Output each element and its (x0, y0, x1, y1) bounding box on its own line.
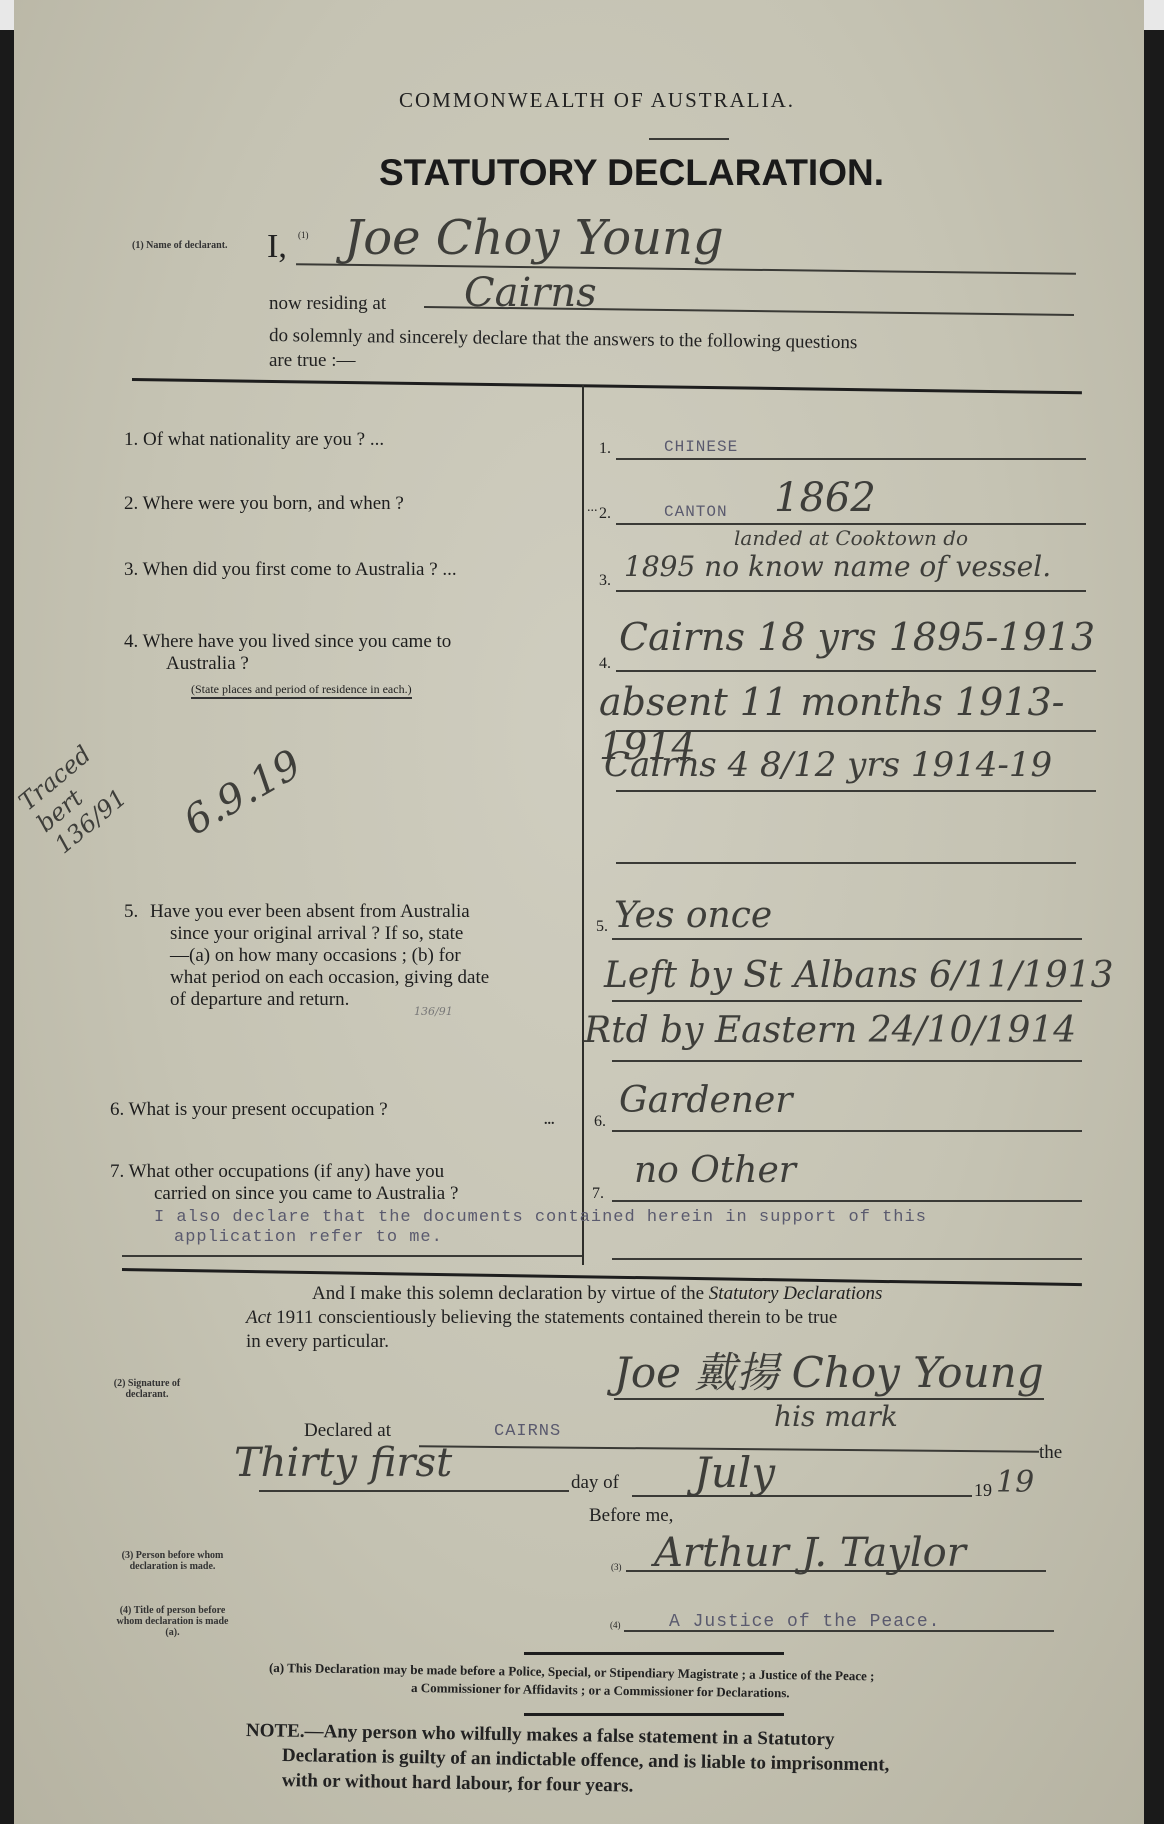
answer-number-5: 5. (596, 918, 608, 936)
margin-annotation-date: 6.9.19 (176, 741, 309, 844)
intro-line-2: are true :— (269, 350, 356, 372)
question-4-cont: Australia ? (166, 652, 249, 675)
note-line-3: with or without hard labour, for four ye… (282, 1770, 634, 1798)
answer-6[interactable]: Gardener (619, 1080, 792, 1121)
divider (524, 1652, 784, 1655)
solemn-line-2: Act 1911 conscientiously believing the s… (246, 1307, 837, 1329)
question-1: 1. Of what nationality are you ? ... (124, 428, 384, 451)
divider (649, 138, 729, 140)
divider (612, 1258, 1082, 1260)
page-title: STATUTORY DECLARATION. (379, 152, 884, 194)
section-divider (132, 378, 1082, 394)
declared-day[interactable]: Thirty first (234, 1440, 452, 1486)
answer-7[interactable]: no Other (634, 1150, 796, 1191)
footnote-mark: (1) (298, 230, 309, 240)
question-4-note: (State places and period of residence in… (191, 682, 412, 699)
answer-line-4d (616, 862, 1076, 864)
answer-line-5b (612, 1000, 1082, 1002)
divider (524, 1713, 784, 1716)
column-divider (582, 385, 584, 1265)
margin-note-declarant: (1) Name of declarant. (132, 240, 242, 251)
declared-place[interactable]: CAIRNS (494, 1422, 561, 1441)
answer-1[interactable]: CHINESE (664, 438, 738, 456)
margin-note-signature: (2) Signature of declarant. (102, 1378, 192, 1400)
answer-3-note[interactable]: landed at Cooktown do (734, 526, 968, 550)
answer-number-3: 3. (599, 572, 611, 590)
declared-month[interactable]: July (694, 1448, 775, 1497)
answer-5-line-1[interactable]: Yes once (614, 895, 772, 936)
declared-year[interactable]: 19 (996, 1465, 1034, 1500)
answer-5-line-2[interactable]: Left by St Albans 6/11/1913 (604, 955, 1114, 996)
answer-line-3 (616, 590, 1086, 592)
answer-number-6: 6. (594, 1113, 606, 1131)
mark-4: (4) (610, 1620, 621, 1630)
answer-3[interactable]: 1895 no know name of vessel. (624, 550, 1051, 583)
answer-line-1 (616, 458, 1086, 460)
solemn-line-3: in every particular. (246, 1331, 389, 1353)
question-2: 2. Where were you born, and when ? (124, 492, 404, 515)
answer-number-1: 1. (599, 440, 611, 458)
divider (122, 1255, 582, 1257)
month-line (632, 1495, 972, 1497)
mark-3: (3) (611, 1562, 622, 1572)
witness-title[interactable]: A Justice of the Peace. (669, 1612, 940, 1632)
year-prefix: 19 (974, 1480, 992, 1501)
document-page: COMMONWEALTH OF AUSTRALIA. STATUTORY DEC… (14, 0, 1144, 1824)
his-mark: his mark (774, 1400, 898, 1433)
answer-line-2 (616, 523, 1086, 525)
day-of-label: day of (571, 1472, 619, 1494)
answer-line-5c (612, 1060, 1082, 1062)
answer-2-year[interactable]: 1862 (774, 475, 876, 521)
declared-at-label: Declared at (304, 1420, 391, 1442)
footnote-line-1: (a) This Declaration may be made before … (269, 1660, 875, 1684)
question-4: 4. Where have you lived since you came t… (124, 630, 451, 653)
declarant-signature[interactable]: Joe 戴揚 Choy Young (614, 1340, 1044, 1400)
answer-2-place[interactable]: CANTON (664, 503, 728, 521)
answer-line-5a (612, 938, 1082, 940)
footnote-line-2: a Commissioner for Affidavits ; or a Com… (411, 1680, 790, 1701)
question-3: 3. When did you first come to Australia … (124, 558, 457, 581)
answer-number-2: 2. (599, 505, 611, 523)
declarant-name[interactable]: Joe Choy Young (344, 210, 724, 266)
answer-line-6 (612, 1130, 1082, 1132)
margin-annotation-trace: Traced bert 136/91 (13, 705, 174, 859)
answer-number-7: 7. (592, 1185, 604, 1203)
answer-4-line-1[interactable]: Cairns 18 yrs 1895-1913 (619, 615, 1095, 659)
typed-addendum-line-1: I also declare that the documents contai… (154, 1208, 927, 1227)
answer-5-line-3[interactable]: Rtd by Eastern 24/10/1914 (584, 1010, 1076, 1051)
question-7-cont: carried on since you came to Australia ? (154, 1182, 458, 1205)
answer-line-4b (616, 730, 1096, 732)
typed-addendum-line-2: application refer to me. (174, 1228, 443, 1247)
residing-label: now residing at (269, 293, 386, 315)
country-heading: COMMONWEALTH OF AUSTRALIA. (399, 88, 795, 113)
answer-4-line-3[interactable]: Cairns 4 8/12 yrs 1914-19 (604, 745, 1052, 785)
intro-line-1: do solemnly and sincerely declare that t… (269, 325, 858, 354)
witness-line (626, 1570, 1046, 1572)
solemn-line-1: And I make this solemn declaration by vi… (312, 1283, 882, 1305)
declarant-prefix: I, (267, 228, 287, 266)
before-me-label: Before me, (589, 1505, 673, 1527)
day-line (259, 1490, 569, 1492)
title-line (624, 1630, 1054, 1632)
margin-note-person: (3) Person before whom declaration is ma… (110, 1550, 235, 1572)
question-7: 7. What other occupations (if any) have … (110, 1160, 444, 1183)
margin-annotation-ref: 136/91 (414, 1005, 453, 1018)
answer-line-7 (612, 1200, 1082, 1202)
margin-note-title: (4) Title of person before whom declarat… (110, 1605, 235, 1638)
answer-line-4c (616, 790, 1096, 792)
answer-number-4: 4. (599, 655, 611, 673)
question-6: 6. What is your present occupation ? (110, 1098, 388, 1121)
the-label: the (1039, 1442, 1062, 1464)
answer-line-4a (616, 670, 1096, 672)
